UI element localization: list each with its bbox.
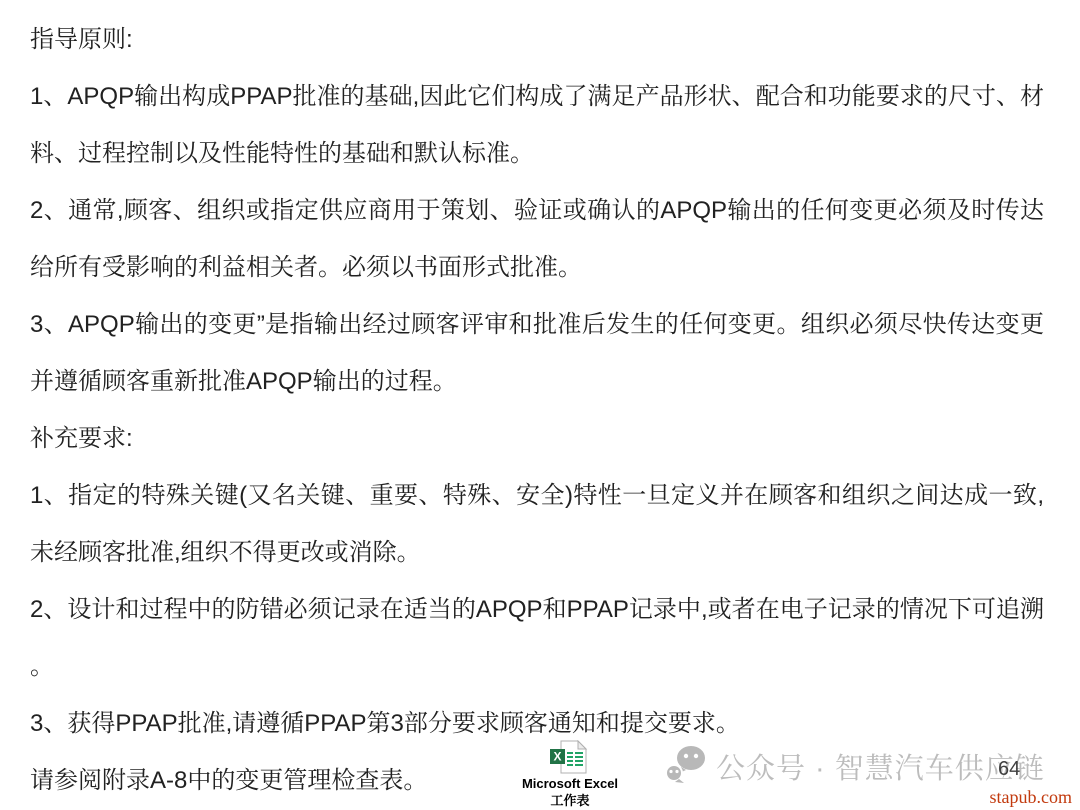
wechat-watermark: 公众号 · 智慧汽车供应链	[664, 744, 1045, 789]
svg-text:X: X	[553, 750, 561, 764]
doc-line: 补充要求:	[30, 419, 1044, 476]
excel-object-label-1: Microsoft Excel	[502, 776, 638, 791]
doc-line: 。	[30, 647, 1044, 704]
doc-line: 1、指定的特殊关键(又名关键、重要、特殊、安全)特性一旦定义并在顾客和组织之间达…	[30, 476, 1044, 533]
document-body: 指导原则: 1、APQP输出构成PPAP批准的基础,因此它们构成了满足产品形状、…	[30, 20, 1044, 810]
site-watermark: stapub.com	[990, 787, 1073, 808]
doc-line: 并遵循顾客重新批准APQP输出的过程。	[30, 362, 1044, 419]
doc-line: 未经顾客批准,组织不得更改或消除。	[30, 533, 1044, 590]
doc-line: 指导原则:	[30, 20, 1044, 77]
wechat-watermark-text: 公众号 · 智慧汽车供应链	[716, 746, 1045, 787]
doc-line: 3、APQP输出的变更”是指输出经过顾客评审和批准后发生的任何变更。组织必须尽快…	[30, 305, 1044, 362]
excel-icon: X	[502, 740, 638, 774]
page-number: 64	[998, 758, 1020, 781]
excel-object-label-2: 工作表	[502, 793, 638, 808]
doc-line: 给所有受影响的利益相关者。必须以书面形式批准。	[30, 248, 1044, 305]
excel-embedded-object[interactable]: X Microsoft Excel 工作表	[502, 740, 638, 808]
doc-line: 1、APQP输出构成PPAP批准的基础,因此它们构成了满足产品形状、配合和功能要…	[30, 77, 1044, 134]
doc-line: 料、过程控制以及性能特性的基础和默认标准。	[30, 134, 1044, 191]
doc-line: 2、通常,顾客、组织或指定供应商用于策划、验证或确认的APQP输出的任何变更必须…	[30, 191, 1044, 248]
doc-line: 2、设计和过程中的防错必须记录在适当的APQP和PPAP记录中,或者在电子记录的…	[30, 590, 1044, 647]
wechat-icon	[664, 744, 708, 789]
